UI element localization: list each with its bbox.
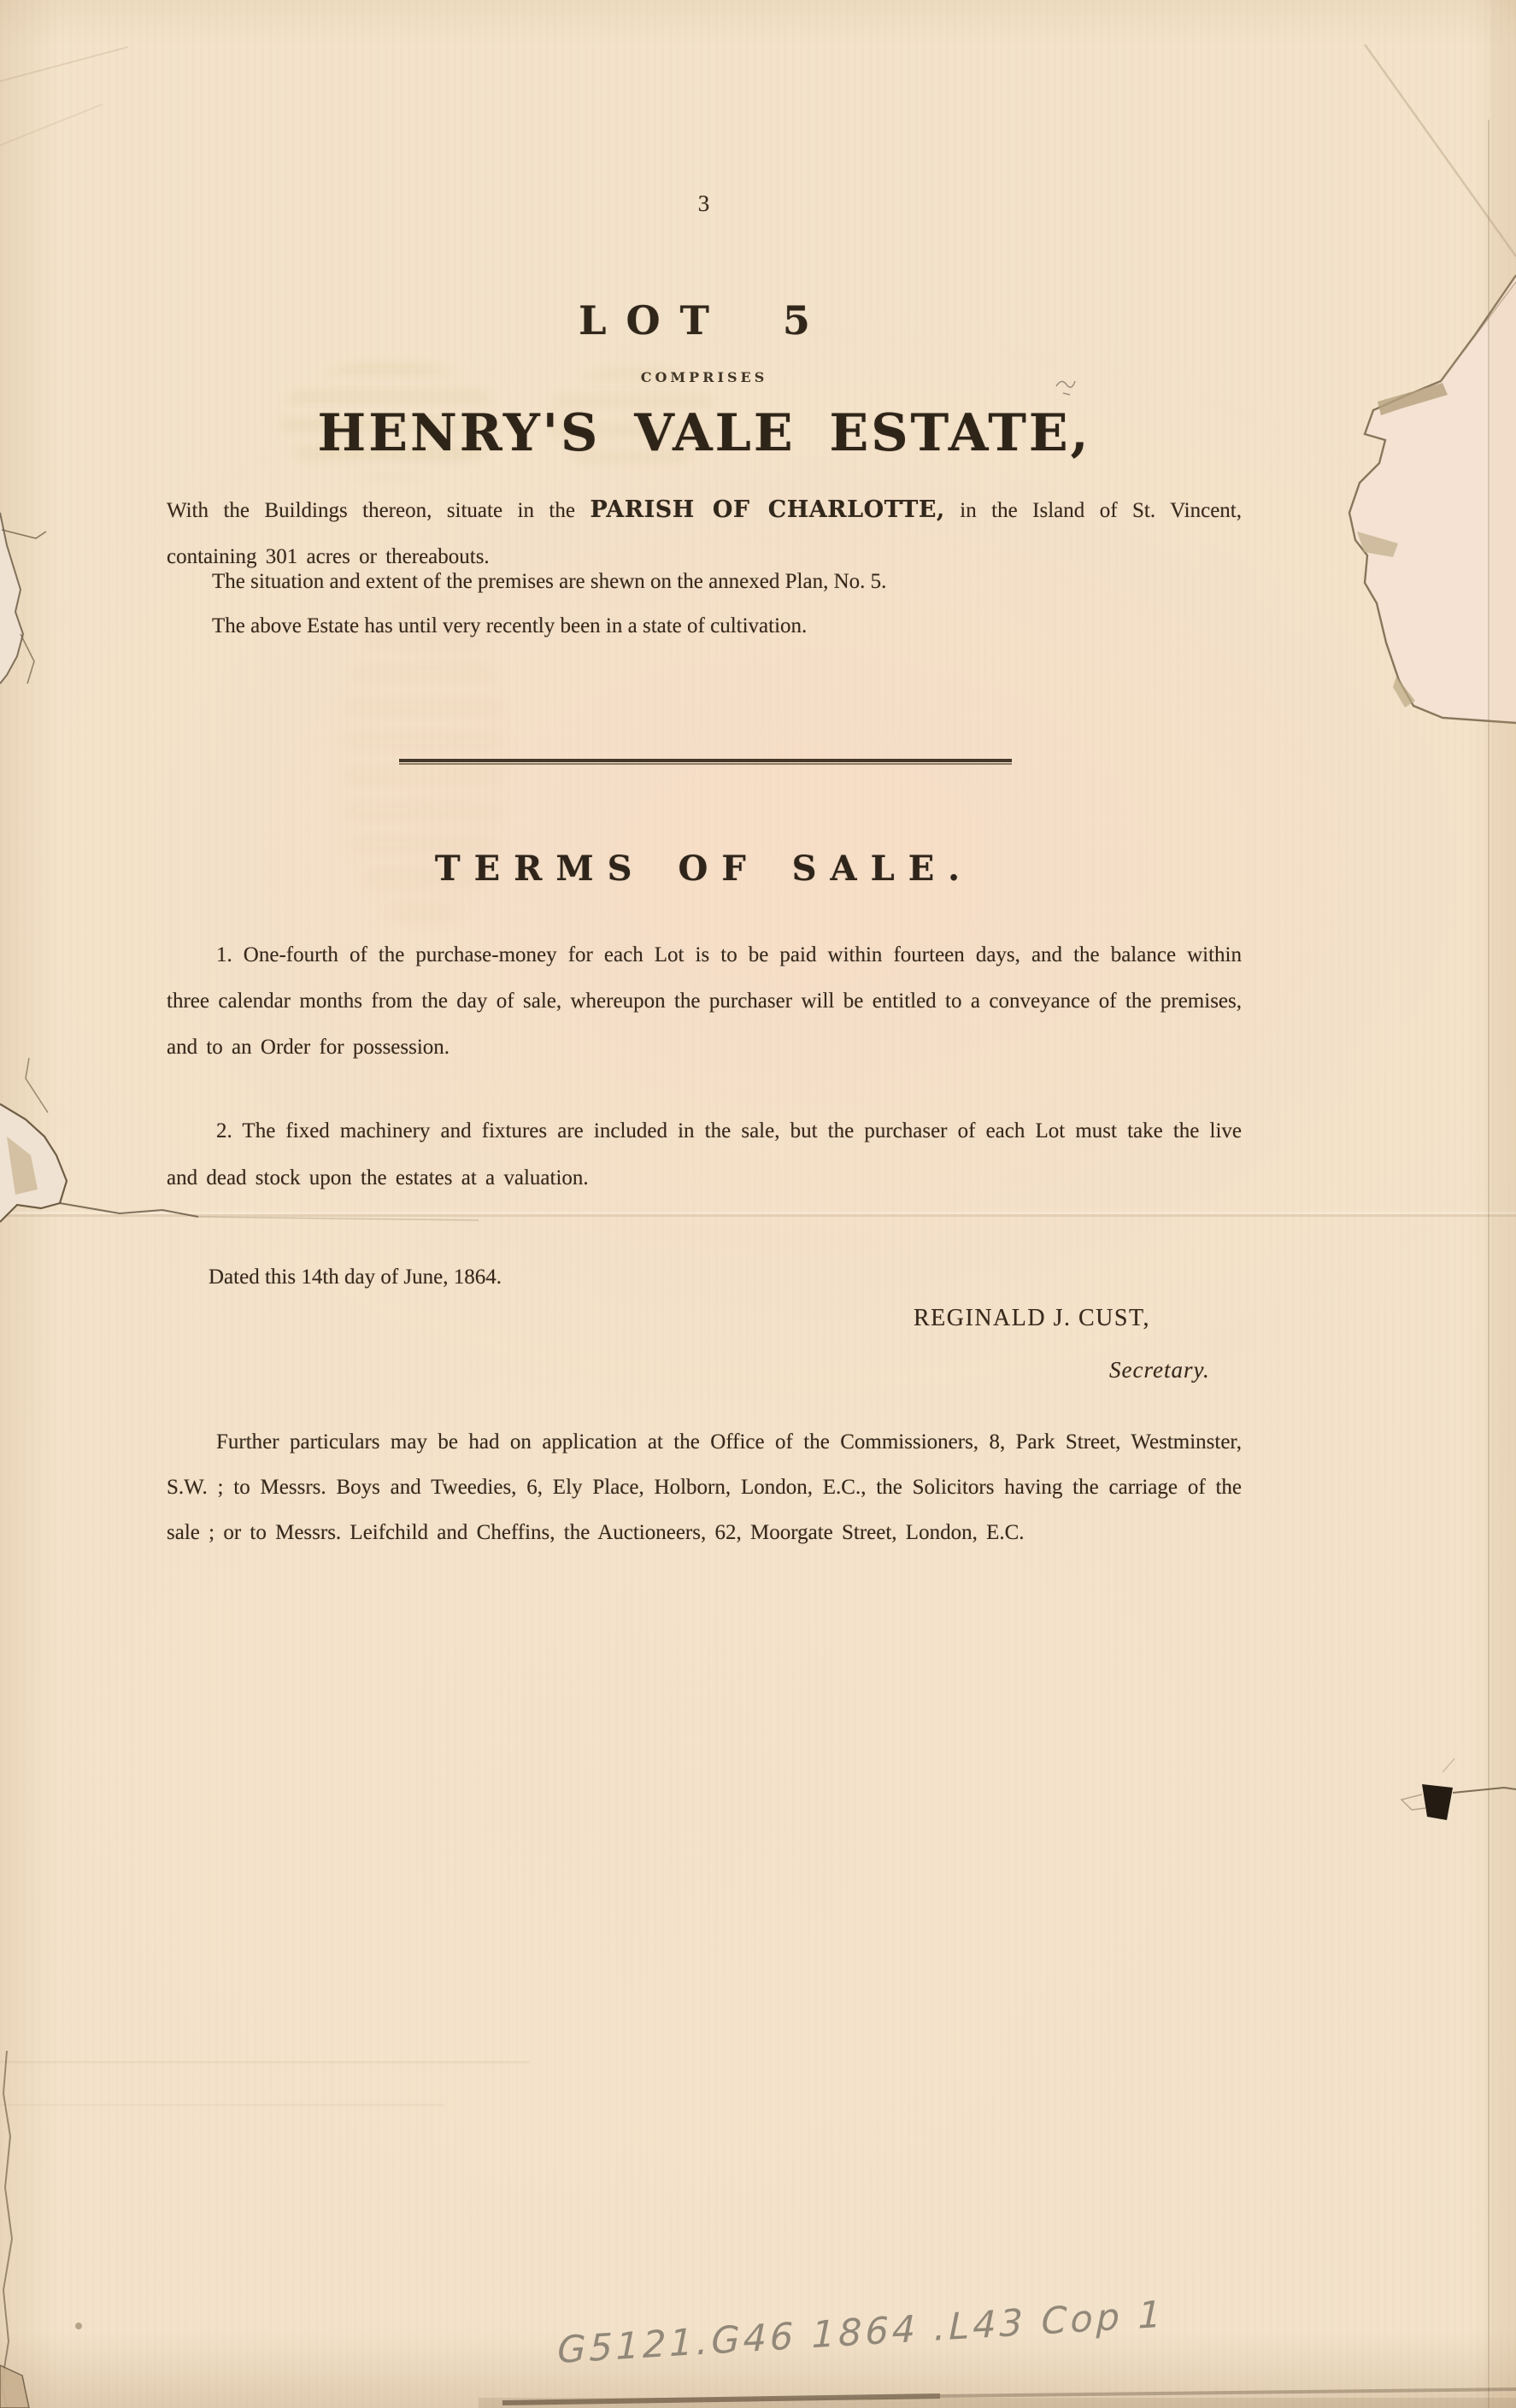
further-particulars-paragraph: Further particulars may be had on applic… — [167, 1419, 1242, 1555]
left-edge-tear — [0, 1104, 67, 1222]
signatory-title: Secretary. — [1109, 1347, 1210, 1393]
dated-line: Dated this 14th day of June, 1864. — [209, 1254, 502, 1301]
paper-damage-overlay — [0, 0, 1516, 2408]
fold-crack — [60, 1203, 198, 1217]
estate-title: HENRY'S VALE ESTATE, — [167, 402, 1242, 464]
comprises-label: COMPRISES — [167, 368, 1242, 387]
signatory-name: REGINALD J. CUST, — [914, 1295, 1150, 1342]
faint-crease — [0, 2061, 530, 2064]
paper-hole — [1422, 1784, 1453, 1820]
terms-of-sale-heading: TERMS OF SALE. — [167, 847, 1242, 891]
page-number: 3 — [167, 180, 1242, 226]
faint-crease — [0, 2104, 444, 2107]
bottom-left-chip — [0, 2365, 29, 2408]
left-edge-chip — [0, 513, 23, 684]
handwritten-call-number: G5121.G46 1864 .L43 Cop 1 — [557, 2290, 1223, 2372]
corner-crease — [1365, 44, 1516, 256]
situation-line: The situation and extent of the premises… — [212, 559, 886, 605]
left-edge-cracks-bottom — [2, 2051, 12, 2408]
lot-heading: LOT 5 — [167, 295, 1242, 346]
scanned-document-page: 3 LOT 5 COMPRISES HENRY'S VALE ESTATE, W… — [0, 0, 1516, 2408]
bottom-edge-shadow — [502, 2396, 940, 2403]
section-divider-rule — [399, 759, 1012, 766]
terms-clause-2: 2. The fixed machinery and fixtures are … — [167, 1107, 1242, 1201]
terms-clause-1: 1. One-fourth of the purchase-money for … — [167, 932, 1242, 1071]
parish-name-bold: PARISH OF CHARLOTTE, — [590, 496, 944, 523]
horizontal-fold-crease — [0, 1212, 1516, 1218]
right-edge-tear-outline — [1349, 275, 1516, 723]
cultivation-line: The above Estate has until very recently… — [212, 603, 807, 649]
right-edge-tear — [1349, 275, 1516, 723]
intro-text-before-parish: With the Buildings thereon, situate in t… — [167, 499, 590, 522]
